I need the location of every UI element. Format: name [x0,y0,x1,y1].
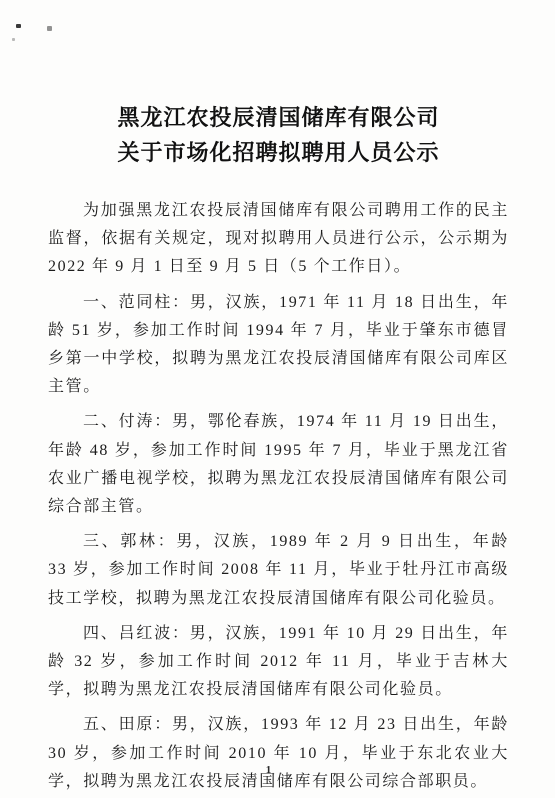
paragraph-candidate-1: 一、范同柱：男，汉族，1971 年 11 月 18 日出生，年龄 51 岁，参加… [48,289,509,402]
paragraph-candidate-4: 四、吕红波：男，汉族，1991 年 10 月 29 日出生，年龄 32 岁，参加… [48,620,509,705]
document-body: 为加强黑龙江农投辰清国储库有限公司聘用工作的民主监督，依据有关规定，现对拟聘用人… [48,197,509,796]
scan-artifact [47,26,52,31]
document-content: 黑龙江农投辰清国储库有限公司 关于市场化招聘拟聘用人员公示 为加强黑龙江农投辰清… [48,100,509,798]
scan-artifact [12,38,15,41]
page-number: 1 [0,764,537,776]
paragraph-candidate-5: 五、田原：男，汉族，1993 年 12 月 23 日出生，年龄 30 岁，参加工… [48,711,509,796]
scan-artifact [16,24,21,28]
document-title: 黑龙江农投辰清国储库有限公司 关于市场化招聘拟聘用人员公示 [48,100,509,170]
document-title-line-1: 黑龙江农投辰清国储库有限公司 [48,100,509,135]
paragraph-intro: 为加强黑龙江农投辰清国储库有限公司聘用工作的民主监督，依据有关规定，现对拟聘用人… [48,197,509,282]
paragraph-candidate-2: 二、付涛：男，鄂伦春族，1974 年 11 月 19 日出生，年龄 48 岁，参… [48,408,509,521]
paragraph-candidate-3: 三、郭林：男，汉族，1989 年 2 月 9 日出生，年龄 33 岁，参加工作时… [48,528,509,613]
document-title-line-2: 关于市场化招聘拟聘用人员公示 [48,135,509,170]
scanned-document-page: 黑龙江农投辰清国储库有限公司 关于市场化招聘拟聘用人员公示 为加强黑龙江农投辰清… [0,0,555,798]
